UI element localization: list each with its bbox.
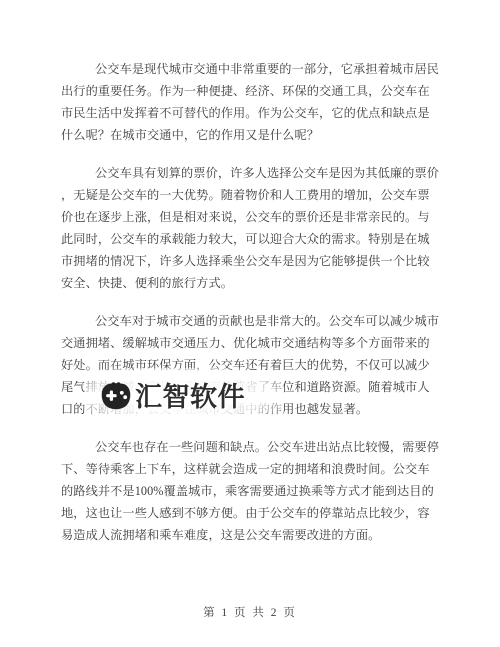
text-line: 公交车是现代城市交通中非常重要的一部分，它承担着城市居民 [61, 58, 430, 80]
text-line: 什么呢？在城市交通中，它的作用又是什么呢？ [61, 124, 430, 146]
page-number: 第 1 页 共 2 页 [0, 604, 500, 620]
text-line: 出行的重要任务。作为一种便捷、经济、环保的交通工具，公交车在 [61, 80, 430, 102]
text-line: 安全、快捷、便利的旅行方式。 [61, 272, 430, 294]
text-line: 市拥堵的情况下，许多人选择乘坐公交车是因为它能够提供一个比较 [61, 250, 430, 272]
text-line: 地，这也让一些人感到不够方便。由于公交车的停靠站点比较少，容 [61, 502, 430, 524]
text-line: 交通拥堵、缓解城市交通压力、优化城市交通结构等多个方面带来的 [61, 332, 430, 354]
text-line: 公交车也存在一些问题和缺点。公交车进出站点比较慢，需要停 [61, 436, 430, 458]
watermark: 汇智软件 [100, 378, 245, 410]
text-line: 公交车对于城市交通的贡献也是非常大的。公交车可以减少城市 [61, 310, 430, 332]
text-line: 好处。而在城市环保方面，公交车还有着巨大的优势，不仅可以减少 [61, 354, 430, 376]
text-line: 的路线并不是100%覆盖城市，乘客需要通过换乘等方式才能到达目的 [61, 480, 430, 502]
watermark-text: 汇智软件 [135, 375, 245, 414]
text-line: 此同时，公交车的承载能力较大，可以迎合大众的需求。特别是在城 [61, 228, 430, 250]
text-line: 下、等待乘客上下车，这样就会造成一定的拥堵和浪费时间。公交车 [61, 458, 430, 480]
text-line: 市民生活中发挥着不可替代的作用。作为公交车，它的优点和缺点是 [61, 102, 430, 124]
document-page: 公交车是现代城市交通中非常重要的一部分，它承担着城市居民 出行的重要任务。作为一… [0, 0, 500, 647]
paragraph-problems: 公交车也存在一些问题和缺点。公交车进出站点比较慢，需要停 下、等待乘客上下车，这… [61, 436, 430, 546]
text-line: 易造成人流拥堵和乘车难度，这是公交车需要改进的方面。 [61, 524, 430, 546]
text-line: 公交车具有划算的票价，许多人选择公交车是因为其低廉的票价 [61, 162, 430, 184]
paragraph-advantages: 公交车具有划算的票价，许多人选择公交车是因为其低廉的票价 ，无疑是公交车的一大优… [61, 162, 430, 294]
paragraph-intro: 公交车是现代城市交通中非常重要的一部分，它承担着城市居民 出行的重要任务。作为一… [61, 58, 430, 146]
gamepad-icon [100, 381, 132, 411]
document-content: 公交车是现代城市交通中非常重要的一部分，它承担着城市居民 出行的重要任务。作为一… [61, 58, 430, 562]
text-line: 价也在逐步上涨，但是相对来说，公交车的票价还是非常亲民的。与 [61, 206, 430, 228]
text-line: ，无疑是公交车的一大优势。随着物价和人工费用的增加，公交车票 [61, 184, 430, 206]
